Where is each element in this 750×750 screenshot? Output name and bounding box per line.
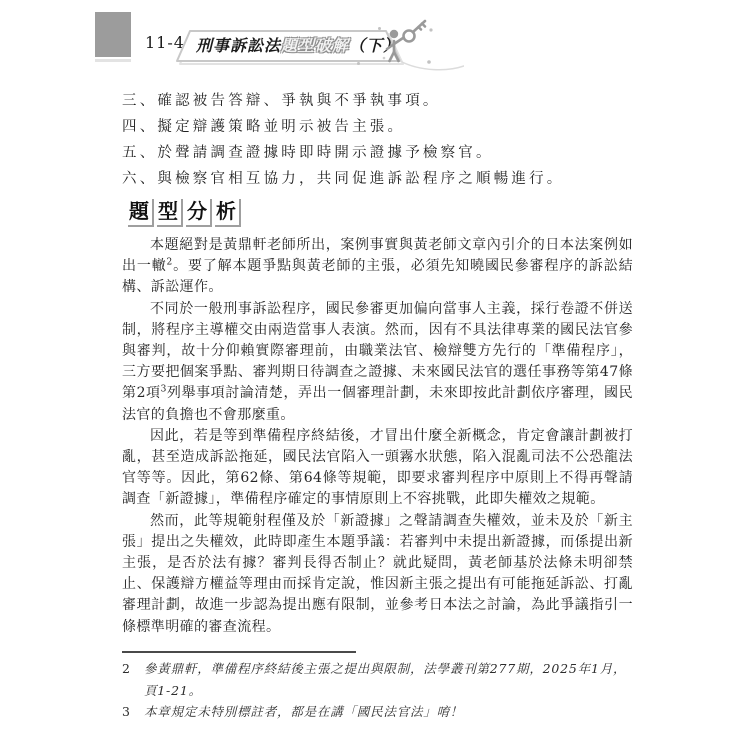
section-heading: 題 型 分 析 bbox=[128, 199, 633, 227]
paragraph: 因此，若是等到準備程序終結後，才冒出什麼全新概念，肯定會讓計劃被打亂，甚至造成訴… bbox=[122, 426, 633, 511]
book-title-emphasis: 題型破解 bbox=[281, 36, 349, 55]
heading-char: 分 bbox=[186, 199, 212, 227]
book-page: 11-4 刑事訴訟法題型破解（下） 三、確認被告答辯、爭執與不爭執事項。 bbox=[0, 0, 750, 750]
footnote-number: 3 bbox=[122, 701, 144, 723]
heading-char: 析 bbox=[215, 199, 241, 227]
footnote: 2 參黃鼎軒，準備程序終結後主張之提出與限制，法學叢刊第277期，2025年1月… bbox=[122, 658, 633, 701]
paragraph: 然而，此等規範射程僅及於「新證據」之聲請調查失權效，並未及於「新主張」提出之失權… bbox=[122, 511, 633, 638]
decor-dot bbox=[378, 27, 381, 30]
paragraph-text: 列舉事項討論清楚，弄出一個審理計劃，未來即按此計劃依序審理，國民法官的負擔也不會… bbox=[122, 385, 633, 422]
analysis-paragraphs: 本題絕對是黃鼎軒老師所出，案例事實與黃老師文章內引介的日本法案例如出一轍2。要了… bbox=[122, 235, 633, 638]
figure-holding-key-icon bbox=[382, 18, 438, 68]
paragraph-text: 。要了解本題爭點與黃老師的主張，必須先知曉國民參審程序的訴訟結構、訴訟運作。 bbox=[122, 258, 633, 295]
footnote-area: 2 參黃鼎軒，準備程序終結後主張之提出與限制，法學叢刊第277期，2025年1月… bbox=[122, 651, 633, 723]
footnote-separator bbox=[122, 651, 356, 653]
list-item: 四、擬定辯護策略並明示被告主張。 bbox=[122, 114, 633, 140]
checklist: 三、確認被告答辯、爭執與不爭執事項。 四、擬定辯護策略並明示被告主張。 五、於聲… bbox=[122, 88, 633, 192]
paragraph: 不同於一般刑事訴訟程序，國民參審更加偏向當事人主義，採行卷證不併送制，將程序主導… bbox=[122, 299, 633, 426]
decor-dot bbox=[357, 62, 360, 65]
heading-char: 題 bbox=[128, 199, 154, 227]
paragraph: 本題絕對是黃鼎軒老師所出，案例事實與黃老師文章內引介的日本法案例如出一轍2。要了… bbox=[122, 235, 633, 299]
footnote: 3 本章規定未特別標註者，都是在講「國民法官法」唷！ bbox=[122, 701, 633, 723]
list-item: 五、於聲請調查證據時即時開示證據予檢察官。 bbox=[122, 140, 633, 166]
footnote-text: 參黃鼎軒，準備程序終結後主張之提出與限制，法學叢刊第277期，2025年1月，頁… bbox=[144, 658, 633, 701]
heading-char: 型 bbox=[157, 199, 183, 227]
list-item: 六、與檢察官相互協力，共同促進訴訟程序之順暢進行。 bbox=[122, 166, 633, 192]
chapter-bleed-tab-shadow bbox=[95, 59, 131, 62]
running-head-book-title: 刑事訴訟法題型破解（下） bbox=[196, 33, 400, 56]
book-title-prefix: 刑事訴訟法 bbox=[196, 36, 281, 55]
footnote-number: 2 bbox=[122, 658, 144, 701]
main-text-column: 三、確認被告答辯、爭執與不爭執事項。 四、擬定辯護策略並明示被告主張。 五、於聲… bbox=[122, 88, 633, 638]
list-item: 三、確認被告答辯、爭執與不爭執事項。 bbox=[122, 88, 633, 114]
footnote-text: 本章規定未特別標註者，都是在講「國民法官法」唷！ bbox=[144, 701, 463, 723]
chapter-bleed-tab bbox=[95, 12, 131, 57]
